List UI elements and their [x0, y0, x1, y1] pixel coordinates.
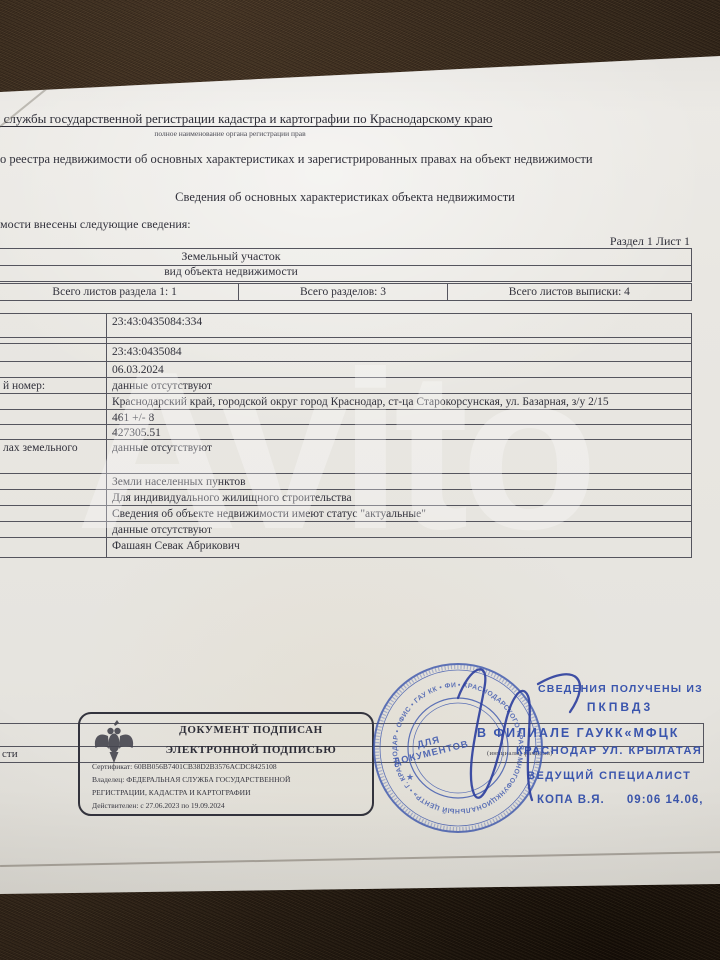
characteristics-heading: Сведения об основных характеристиках объ…	[0, 190, 720, 205]
table-row: й номер:данные отсутствуют	[0, 378, 691, 394]
paper-bottom-crease	[0, 851, 720, 866]
details-table: 23:43:0435084:334 23:43:0435084 06.03.20…	[0, 313, 692, 558]
esign-stamp-box: ДОКУМЕНТ ПОДПИСАН ЭЛЕКТРОННОЙ ПОДПИСЬЮ С…	[78, 712, 374, 816]
sheets-cell-extract: Всего листов выписки: 4	[448, 284, 691, 300]
sheets-summary-table: Всего листов раздела 1: 1 Всего разделов…	[0, 283, 692, 301]
esign-owner-line1: Владелец: ФЕДЕРАЛЬНАЯ СЛУЖБА ГОСУДАРСТВЕ…	[92, 775, 290, 784]
table-row: лах земельногоданные отсутствуют	[0, 440, 691, 474]
intro-line: мости внесены следующие сведения:	[0, 217, 191, 232]
stamp-datetime: 09:06 14.06,	[627, 794, 704, 806]
object-type-table: Земельный участок вид объекта недвижимос…	[0, 248, 692, 282]
table-row: 23:43:0435084:334	[0, 314, 691, 338]
sheets-cell-sections: Всего разделов: 3	[239, 284, 447, 300]
table-row: 23:43:0435084	[0, 344, 691, 362]
esign-validity: Действителен: с 27.06.2023 по 19.09.2024	[92, 801, 225, 810]
table-row: данные отсутствуют	[0, 522, 691, 538]
esign-title-line1: ДОКУМЕНТ ПОДПИСАН	[138, 724, 364, 736]
esign-owner-line2: РЕГИСТРАЦИИ, КАДАСТРА И КАРТОГРАФИИ	[92, 788, 251, 797]
table-row: Краснодарский край, городской округ горо…	[0, 394, 691, 410]
org-name-line: льной службы государственной регистрации…	[0, 111, 700, 127]
object-type-value: Земельный участок	[0, 249, 691, 266]
table-row: 461 +/- 8	[0, 410, 691, 425]
org-name-caption: полное наименование органа регистрации п…	[0, 129, 700, 138]
extract-title-line: о реестра недвижимости об основных харак…	[0, 152, 593, 167]
table-row: Сведения об объекте недвижимости имеют с…	[0, 506, 691, 522]
esign-certificate: Сертификат: 60BB056B7401CB38D2B3576ACDC8…	[92, 762, 277, 771]
table-row: Фашаян Севак Абрикович	[0, 538, 691, 557]
object-type-caption: вид объекта недвижимости	[0, 266, 691, 281]
star-icon: ★	[406, 772, 414, 782]
sheets-cell-section: Всего листов раздела 1: 1	[0, 284, 239, 300]
table-row: 427305.51	[0, 425, 691, 440]
table-row: Земли населенных пунктов	[0, 474, 691, 490]
section-sheet-label: Раздел 1 Лист 1	[540, 234, 690, 249]
coat-of-arms-icon	[90, 718, 138, 764]
table-row: 06.03.2024	[0, 362, 691, 378]
table-row: Для индивидуального жилищного строительс…	[0, 490, 691, 506]
document-paper: льной службы государственной регистрации…	[0, 0, 720, 960]
esign-title-line2: ЭЛЕКТРОННОЙ ПОДПИСЬЮ	[138, 744, 364, 756]
handwritten-signature	[430, 650, 600, 820]
left-edge-text-fragment: сти	[2, 748, 18, 760]
